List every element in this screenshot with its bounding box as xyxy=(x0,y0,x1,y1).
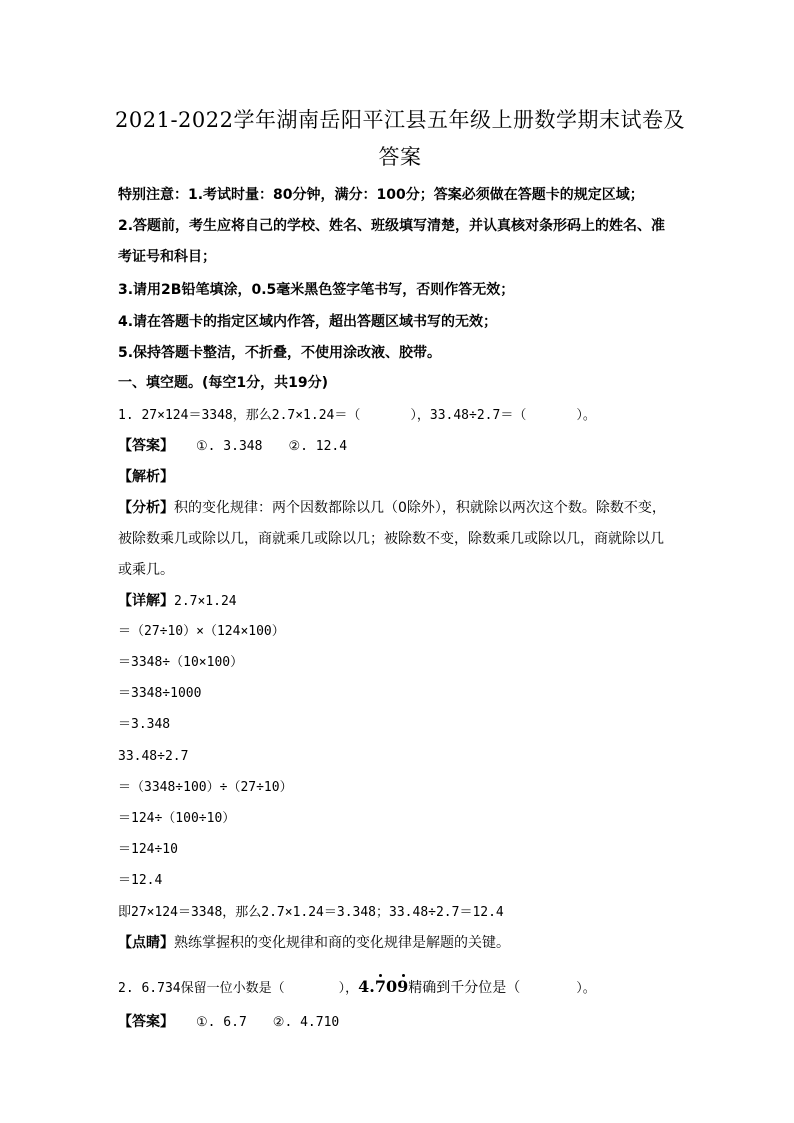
q1-step-a2: ＝3348÷（10×100） xyxy=(118,654,243,672)
q2-answer-1: ①. 6.7 xyxy=(196,1015,247,1030)
notice-2: 2.答题前，考生应将自己的学校、姓名、班级填写清楚，并认真核对条形码上的姓名、准 xyxy=(118,217,665,235)
notice-1: 特别注意：1.考试时量：80分钟，满分：100分；答案必须做在答题卡的规定区域； xyxy=(118,186,644,204)
repeating-dot-7: 7 xyxy=(375,978,386,996)
q1-step-a3: ＝3348÷1000 xyxy=(118,685,201,703)
q1-step-b2: ＝124÷（100÷10） xyxy=(118,810,235,828)
notice-3: 3.请用2B铅笔填涂，0.5毫米黑色签字笔书写，否则作答无效； xyxy=(118,281,514,299)
q1-fenxi-line1: 【分析】积的变化规律：两个因数都除以几（0除外），积就除以两次这个数。除数不变， xyxy=(118,499,666,517)
q2-text-a: 2. 6.734保留一位小数是（ xyxy=(118,981,285,996)
q2-answer-2: ②. 4.710 xyxy=(273,1015,339,1030)
q1-text-a: 1. 27×124＝3348，那么2.7×1.24＝（ xyxy=(118,408,360,423)
q1-fenxi-line2: 被除数乘几或除以几，商就乘几或除以几；被除数不变，除数乘几或除以几，商就除以几 xyxy=(118,530,664,548)
q1-analysis-label: 【解析】 xyxy=(118,468,174,486)
q1-text-b: ），33.48÷2.7＝（ xyxy=(410,408,526,423)
q1-fenxi-line3: 或乘几。 xyxy=(118,561,174,579)
fenxi-label: 【分析】 xyxy=(118,500,174,516)
q1-detail: 【详解】2.7×1.24 xyxy=(118,592,237,611)
detail-label: 【详解】 xyxy=(118,593,174,609)
q1-step-b3: ＝124÷10 xyxy=(118,841,178,859)
document-title-line1: 2021-2022学年湖南岳阳平江县五年级上册数学期末试卷及 xyxy=(100,106,700,134)
answer-label: 【答案】 xyxy=(118,1014,174,1030)
q2-text-b: ）， xyxy=(339,981,359,996)
q1-second-expr: 33.48÷2.7 xyxy=(118,748,188,766)
dianjing-label: 【点睛】 xyxy=(118,935,174,951)
q1-answer: 【答案】①. 3.348②. 12.4 xyxy=(118,437,347,456)
notice-2-cont: 考证号和科目； xyxy=(118,248,216,266)
q2-text-d: ）。 xyxy=(576,981,596,996)
q1-step-a4: ＝3.348 xyxy=(118,716,170,734)
section-heading: 一、填空题。(每空1分，共19分) xyxy=(118,374,328,392)
q1-answer-1: ①. 3.348 xyxy=(196,439,262,454)
repeating-dot-9: 9 xyxy=(397,978,408,996)
q1-conclusion: 即27×124＝3348，那么2.7×1.24＝3.348；33.48÷2.7＝… xyxy=(118,904,504,922)
repeating-decimal-4709: 4.709 xyxy=(358,978,408,996)
notice-5: 5.保持答题卡整洁，不折叠，不使用涂改液、胶带。 xyxy=(118,344,441,362)
q2-answer: 【答案】①. 6.7②. 4.710 xyxy=(118,1013,339,1032)
document-title-line2: 答案 xyxy=(100,143,700,171)
q1-step-a1: ＝（27÷10）×（124×100） xyxy=(118,623,285,641)
q1-text-c: ）。 xyxy=(576,408,596,423)
question-1: 1. 27×124＝3348，那么2.7×1.24＝（），33.48÷2.7＝（… xyxy=(118,406,596,425)
answer-label: 【答案】 xyxy=(118,438,174,454)
exam-page: 2021-2022学年湖南岳阳平江县五年级上册数学期末试卷及 答案 特别注意：1… xyxy=(0,0,794,1123)
q1-step-b1: ＝（3348÷100）÷（27÷10） xyxy=(118,779,293,797)
q1-dianjing: 【点睛】熟练掌握积的变化规律和商的变化规律是解题的关键。 xyxy=(118,934,510,952)
q1-step-b4: ＝12.4 xyxy=(118,872,162,890)
q1-answer-2: ②. 12.4 xyxy=(288,439,347,454)
q2-text-c: 精确到千分位是（ xyxy=(408,980,520,996)
notice-4: 4.请在答题卡的指定区域内作答，超出答题区域书写的无效； xyxy=(118,313,497,331)
question-2: 2. 6.734保留一位小数是（），4.709精确到千分位是（）。 xyxy=(118,978,596,998)
